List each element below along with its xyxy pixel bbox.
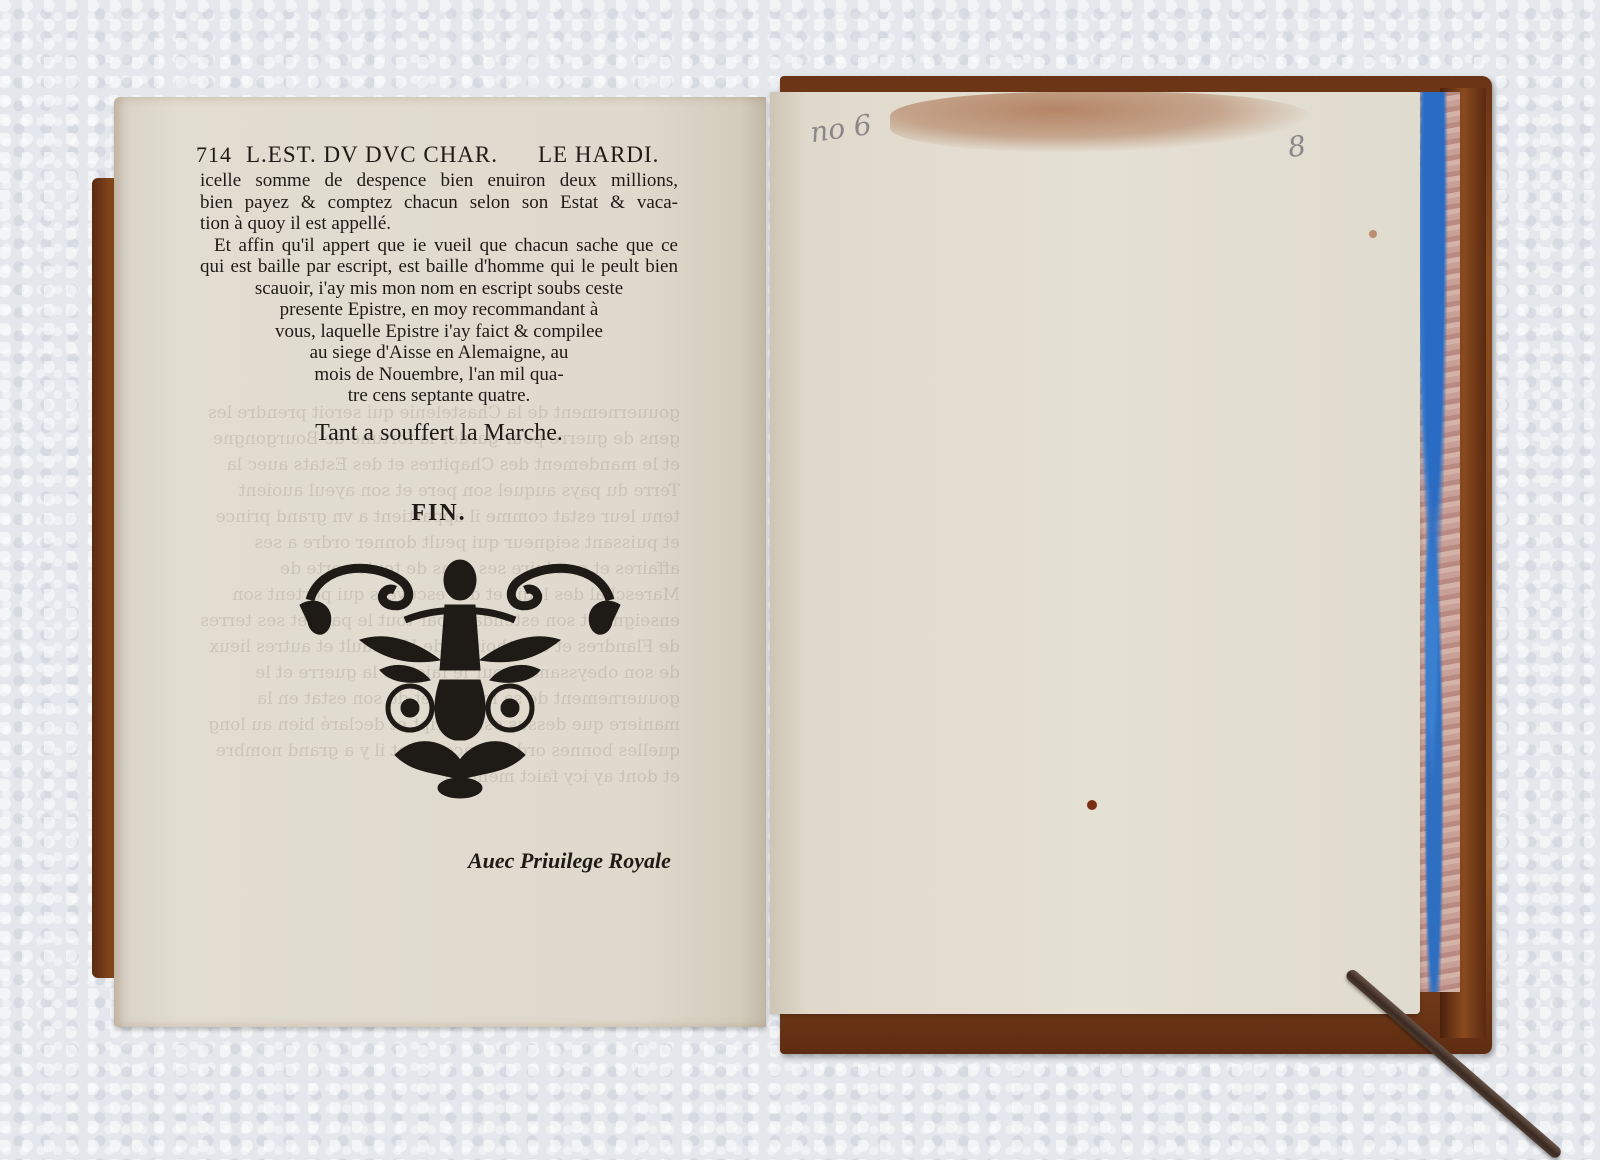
fin-heading: FIN. (200, 500, 678, 527)
text-line: icelle somme de despence bien enuiron de… (200, 170, 678, 192)
text-line: presente Epistre, en moy recommandant à (200, 299, 678, 321)
running-title: L.EST. DV DVC CHAR. (246, 142, 498, 167)
text-line: scauoir, i'ay mis mon nom en escript sou… (200, 278, 678, 300)
text-line: vous, laquelle Epistre i'ay faict & comp… (200, 321, 678, 343)
running-header: 714L.EST. DV DVC CHAR.LE HARDI. (196, 142, 696, 168)
foxing-spot (1087, 800, 1097, 810)
text-line: qui est baille par escript, est baille d… (200, 256, 678, 278)
running-title-right: LE HARDI. (538, 142, 659, 167)
motto: Tant a souffert la Marche. (200, 420, 678, 447)
text-line: mois de Nouembre, l'an mil qua- (200, 364, 678, 386)
text-line: bien payez & comptez chacun selon son Es… (200, 192, 678, 214)
body-text: icelle somme de despence bien enuiron de… (200, 170, 678, 407)
woodcut-ornament-icon (290, 550, 630, 800)
text-line: tion à quoy il est appellé. (200, 213, 678, 235)
foxing-spot (1369, 230, 1377, 238)
water-stain (890, 92, 1310, 152)
text-line: tre cens septante quatre. (200, 385, 678, 407)
privilege-notice: Auec Priuilege Royale (468, 848, 671, 874)
text-line: Et affin qu'il appert que ie vueil que c… (200, 235, 678, 257)
page-number: 714 (196, 142, 232, 167)
text-line: au siege d'Aisse en Alemaigne, au (200, 342, 678, 364)
right-page (770, 92, 1420, 1014)
